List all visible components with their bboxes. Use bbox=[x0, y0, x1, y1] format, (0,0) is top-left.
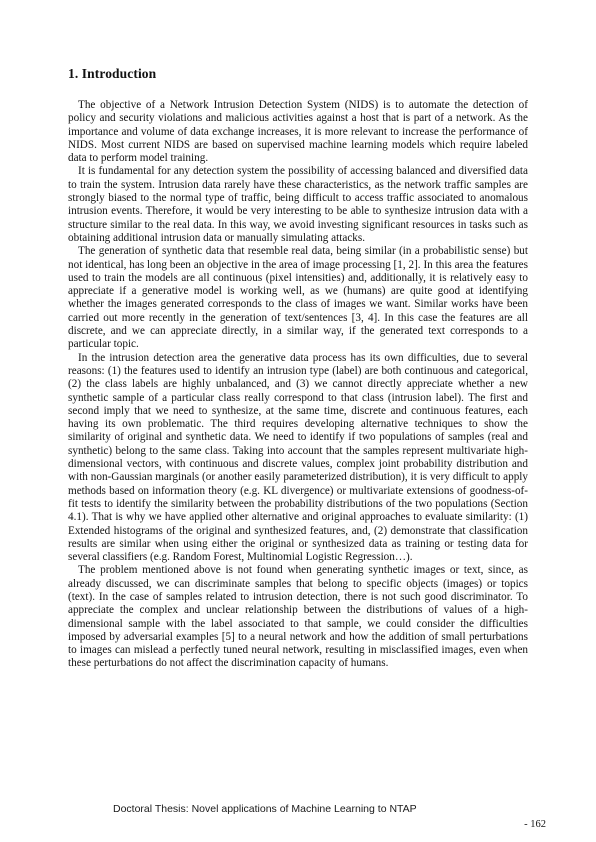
paragraph: It is fundamental for any detection syst… bbox=[68, 165, 528, 245]
paragraph: The problem mentioned above is not found… bbox=[68, 564, 528, 670]
footer-thesis-title: Doctoral Thesis: Novel applications of M… bbox=[113, 803, 417, 815]
body-text: The objective of a Network Intrusion Det… bbox=[68, 99, 528, 671]
page-number: - 162 bbox=[0, 819, 546, 830]
paragraph: The generation of synthetic data that re… bbox=[68, 245, 528, 351]
document-page: 1. Introduction The objective of a Netwo… bbox=[0, 0, 596, 842]
paragraph: The objective of a Network Intrusion Det… bbox=[68, 99, 528, 165]
paragraph: In the intrusion detection area the gene… bbox=[68, 352, 528, 565]
section-title: 1. Introduction bbox=[68, 66, 156, 82]
